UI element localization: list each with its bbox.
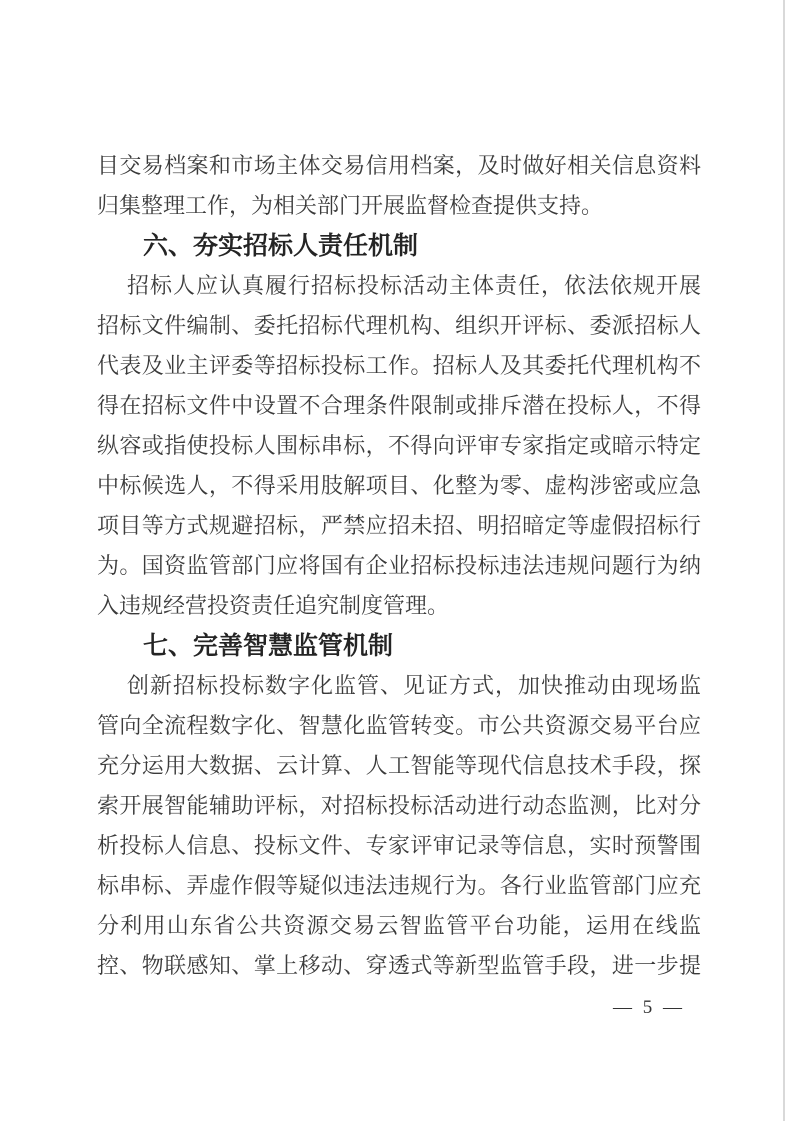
text-line: 入违规经营投资责任追究制度管理。 bbox=[97, 586, 701, 626]
text-line: 析投标人信息、投标文件、专家评审记录等信息，实时预警围 bbox=[97, 826, 701, 866]
scan-edge-line bbox=[783, 0, 785, 1121]
text-line: 索开展智能辅助评标，对招标投标活动进行动态监测，比对分 bbox=[97, 786, 701, 826]
text-line: 标串标、弄虚作假等疑似违法违规行为。各行业监管部门应充 bbox=[97, 866, 701, 906]
text-line: 创新招标投标数字化监管、见证方式，加快推动由现场监 bbox=[97, 666, 701, 706]
text-line: 招标人应认真履行招标投标活动主体责任，依法依规开展 bbox=[97, 266, 701, 306]
document-page: 目交易档案和市场主体交易信用档案，及时做好相关信息资料归集整理工作，为相关部门开… bbox=[0, 0, 793, 1121]
text-line: 中标候选人，不得采用肢解项目、化整为零、虚构涉密或应急 bbox=[97, 466, 701, 506]
text-line: 为。国资监管部门应将国有企业招标投标违法违规问题行为纳 bbox=[97, 546, 701, 586]
text-line: 纵容或指使投标人围标串标，不得向评审专家指定或暗示特定 bbox=[97, 426, 701, 466]
text-line: 充分运用大数据、云计算、人工智能等现代信息技术手段，探 bbox=[97, 746, 701, 786]
text-line: 代表及业主评委等招标投标工作。招标人及其委托代理机构不 bbox=[97, 346, 701, 386]
section-heading: 七、完善智慧监管机制 bbox=[97, 626, 701, 666]
text-line: 控、物联感知、掌上移动、穿透式等新型监管手段，进一步提 bbox=[97, 946, 701, 986]
text-line: 得在招标文件中设置不合理条件限制或排斥潜在投标人，不得 bbox=[97, 386, 701, 426]
page-number: — 5 — bbox=[613, 996, 685, 1020]
text-line: 归集整理工作，为相关部门开展监督检查提供支持。 bbox=[97, 186, 701, 226]
text-line: 管向全流程数字化、智慧化监管转变。市公共资源交易平台应 bbox=[97, 706, 701, 746]
text-line: 招标文件编制、委托招标代理机构、组织开评标、委派招标人 bbox=[97, 306, 701, 346]
text-line: 目交易档案和市场主体交易信用档案，及时做好相关信息资料 bbox=[97, 146, 701, 186]
document-body: 目交易档案和市场主体交易信用档案，及时做好相关信息资料归集整理工作，为相关部门开… bbox=[97, 146, 701, 986]
section-heading: 六、夯实招标人责任机制 bbox=[97, 226, 701, 266]
text-line: 分利用山东省公共资源交易云智监管平台功能，运用在线监 bbox=[97, 906, 701, 946]
text-line: 项目等方式规避招标，严禁应招未招、明招暗定等虚假招标行 bbox=[97, 506, 701, 546]
